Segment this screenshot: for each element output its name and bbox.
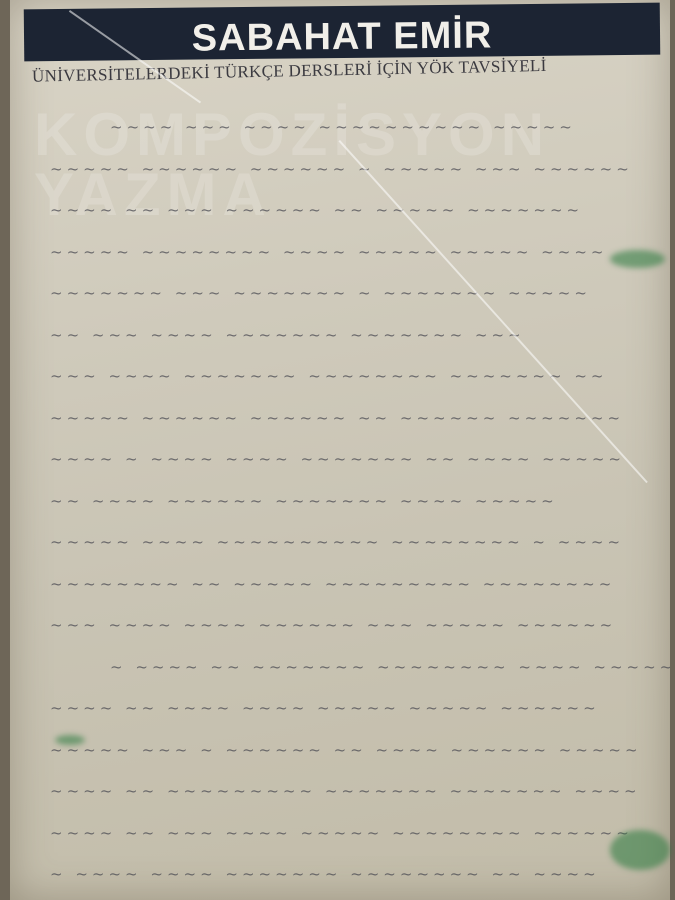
handwritten-line: ~~~~~ ~~~~~~~~ ~~~~ ~~~~~ ~~~~~ ~~~~ xyxy=(50,243,670,285)
handwritten-line: ~~~~~~~~ ~~ ~~~~~ ~~~~~~~~~ ~~~~~~~~ xyxy=(50,575,670,617)
handwritten-line: ~~~~ ~~~ ~~~~ ~~~~~~~~~~ ~~~~~ xyxy=(50,118,670,160)
handwritten-line: ~~~~~ ~~~~~~ ~~~~~~ ~~ ~~~~~~ ~~~~~~~ xyxy=(50,409,670,451)
handwritten-line: ~~ ~~~ ~~~~ ~~~~~~~ ~~~~~~~ ~~~ xyxy=(50,326,670,368)
handwritten-line: ~~~~~~~ ~~~ ~~~~~~~ ~ ~~~~~~~ ~~~~~ xyxy=(50,284,670,326)
handwritten-text: ~~~~ ~~~ ~~~~ ~~~~~~~~~~ ~~~~~ ~~~~~ ~~~… xyxy=(50,118,670,900)
green-ink-stain xyxy=(610,250,665,268)
handwritten-line: ~~~~ ~ ~~~~ ~~~~ ~~~~~~~ ~~ ~~~~ ~~~~~ xyxy=(50,450,670,492)
handwritten-line: ~~~~ ~~ ~~~ ~~~~~~ ~~ ~~~~~ ~~~~~~~ xyxy=(50,201,670,243)
handwritten-line: ~~~~~ ~~~~ ~~~~~~~~~~ ~~~~~~~~ ~ ~~~~ xyxy=(50,533,670,575)
handwritten-line: ~~ ~~~~ ~~~~~~ ~~~~~~~ ~~~~ ~~~~~ xyxy=(50,492,670,534)
author-banner: SABAHAT EMİR xyxy=(24,3,661,62)
handwritten-line: ~ ~~~~ ~~~~ ~~~~~~~ ~~~~~~~~ ~~ ~~~~ xyxy=(50,865,670,900)
paper-page: SABAHAT EMİR ÜNİVERSİTELERDEKİ TÜRKÇE DE… xyxy=(10,0,670,900)
handwritten-line: ~~~~~ ~~~ ~ ~~~~~~ ~~ ~~~~ ~~~~~~ ~~~~~ xyxy=(50,741,670,783)
handwritten-line: ~~~~ ~~ ~~~~~~~~~ ~~~~~~~ ~~~~~~~ ~~~~ xyxy=(50,782,670,824)
green-ink-stain xyxy=(55,735,85,745)
green-ink-stain xyxy=(610,830,670,870)
handwritten-line: ~~~ ~~~~ ~~~~ ~~~~~~ ~~~ ~~~~~ ~~~~~~ xyxy=(50,616,670,658)
handwritten-line: ~~~~ ~~ ~~~ ~~~~ ~~~~~ ~~~~~~~~ ~~~~~~ xyxy=(50,824,670,866)
handwritten-line: ~ ~~~~ ~~ ~~~~~~~ ~~~~~~~~ ~~~~ ~~~~~ xyxy=(50,658,670,700)
handwritten-line: ~~~~ ~~ ~~~~ ~~~~ ~~~~~ ~~~~~ ~~~~~~ xyxy=(50,699,670,741)
photograph: SABAHAT EMİR ÜNİVERSİTELERDEKİ TÜRKÇE DE… xyxy=(0,0,675,900)
